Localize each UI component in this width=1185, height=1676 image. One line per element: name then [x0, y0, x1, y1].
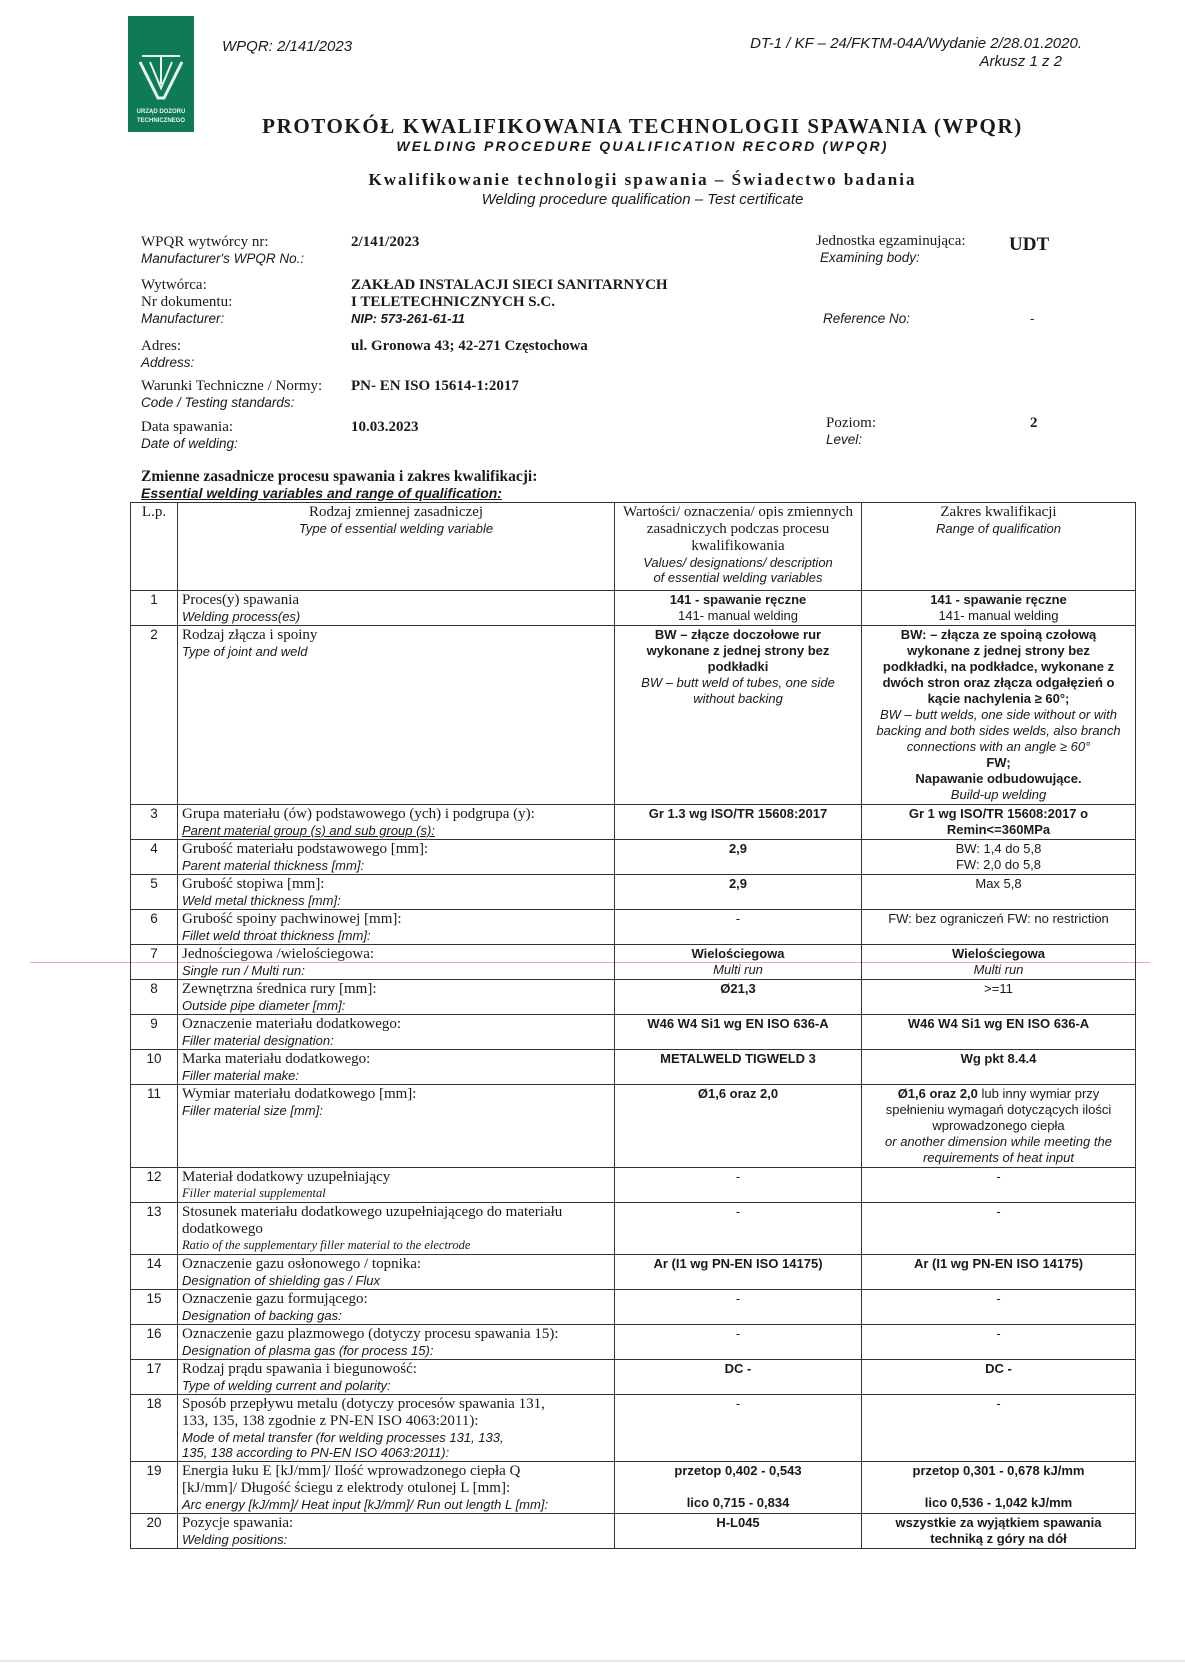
row-desc-pl: Jednościegowa /wielościegowa: — [182, 946, 610, 963]
row-number: 9 — [131, 1015, 178, 1050]
row-desc-pl: Grubość materiału podstawowego [mm]: — [182, 841, 610, 858]
manufacturer-label-en: Manufacturer: — [141, 311, 232, 327]
section-title-en: Essential welding variables and range of… — [141, 485, 502, 501]
row-range: Max 5,8 — [862, 875, 1136, 910]
row-number: 13 — [131, 1203, 178, 1255]
date-label-pl: Data spawania: — [141, 419, 238, 436]
value-line: BW – złącze doczołowe rur wykonane z jed… — [629, 627, 847, 675]
row-desc-en: Filler material make: — [182, 1068, 610, 1083]
title-sub-en: Welding procedure qualification – Test c… — [0, 191, 1185, 208]
row-range: - — [862, 1290, 1136, 1325]
header-type-en: Type of essential welding variable — [182, 521, 610, 536]
table-row: 10 Marka materiału dodatkowego:Filler ma… — [131, 1050, 1136, 1085]
row-description: Marka materiału dodatkowego:Filler mater… — [178, 1050, 615, 1085]
row-desc-pl: Oznaczenie gazu osłonowego / topnika: — [182, 1256, 610, 1273]
range-line: - — [866, 1396, 1131, 1412]
row-desc-en: Fillet weld throat thickness [mm]: — [182, 928, 610, 943]
row-desc-pl: Grupa materiału (ów) podstawowego (ych) … — [182, 806, 610, 823]
row-range: FW: bez ograniczeń FW: no restriction — [862, 910, 1136, 945]
value-line: Multi run — [619, 962, 857, 978]
reference-no-label: Reference No: — [823, 311, 910, 327]
range-line: - — [866, 1169, 1131, 1185]
row-number: 11 — [131, 1085, 178, 1168]
row-description: Grupa materiału (ów) podstawowego (ych) … — [178, 805, 615, 840]
value-line: - — [619, 1326, 857, 1342]
range-line: Wg pkt 8.4.4 — [866, 1051, 1131, 1067]
table-row: 13 Stosunek materiału dodatkowego uzupeł… — [131, 1203, 1136, 1255]
row-range: BW: 1,4 do 5,8FW: 2,0 do 5,8 — [862, 840, 1136, 875]
udt-emblem-icon — [136, 54, 186, 102]
row-number: 8 — [131, 980, 178, 1015]
address-label-en: Address: — [141, 355, 194, 371]
row-number: 14 — [131, 1255, 178, 1290]
value-line: - — [619, 1291, 857, 1307]
level-label-pl: Poziom: — [826, 415, 876, 432]
value-line: - — [619, 911, 857, 927]
row-desc-en: Welding process(es) — [182, 609, 610, 624]
row-number: 1 — [131, 591, 178, 626]
value-line: - — [619, 1169, 857, 1185]
row-number: 6 — [131, 910, 178, 945]
row-number: 12 — [131, 1168, 178, 1203]
row-value: W46 W4 Si1 wg EN ISO 636-A — [615, 1015, 862, 1050]
row-value: - — [615, 1168, 862, 1203]
row-desc-pl: Zewnętrzna średnica rury [mm]: — [182, 981, 610, 998]
range-line: przetop 0,301 - 0,678 kJ/mm — [866, 1463, 1131, 1479]
wpqr-reference: WPQR: 2/141/2023 — [222, 38, 352, 55]
examining-body-label: Jednostka egzaminująca: Examining body: — [816, 233, 966, 266]
row-range: WielościegowaMulti run — [862, 945, 1136, 980]
header-values-en-2: of essential welding variables — [619, 570, 857, 585]
range-line: Multi run — [866, 962, 1131, 978]
value-line: DC - — [619, 1361, 857, 1377]
row-desc-pl: Energia łuku E [kJ/mm]/ Ilość wprowadzon… — [182, 1463, 610, 1497]
row-range: Ø1,6 oraz 2,0 lub inny wymiar przy spełn… — [862, 1085, 1136, 1168]
row-desc-pl: Rodzaj prądu spawania i biegunowość: — [182, 1361, 610, 1378]
table-row: 8 Zewnętrzna średnica rury [mm]:Outside … — [131, 980, 1136, 1015]
table-row: 17 Rodzaj prądu spawania i biegunowość:T… — [131, 1360, 1136, 1395]
form-code: DT-1 / KF – 24/FKTM-04A/Wydanie 2/28.01.… — [750, 35, 1082, 71]
row-desc-pl: Oznaczenie materiału dodatkowego: — [182, 1016, 610, 1033]
header-range-en: Range of qualification — [866, 521, 1131, 536]
row-description: Rodzaj prądu spawania i biegunowość:Type… — [178, 1360, 615, 1395]
range-line: W46 W4 Si1 wg EN ISO 636-A — [866, 1016, 1131, 1032]
table-row: 12 Materiał dodatkowy uzupełniającyFille… — [131, 1168, 1136, 1203]
row-desc-en: Designation of plasma gas (for process 1… — [182, 1343, 610, 1358]
table-row: 18 Sposób przepływu metalu (dotyczy proc… — [131, 1395, 1136, 1462]
date-label: Data spawania: Date of welding: — [141, 419, 238, 452]
manufacturer-name-line1: ZAKŁAD INSTALACJI SIECI SANITARNYCH — [351, 277, 668, 294]
value-line: Gr 1.3 wg ISO/TR 15608:2017 — [619, 806, 857, 822]
row-desc-pl: Proces(y) spawania — [182, 592, 610, 609]
row-desc-en: Type of welding current and polarity: — [182, 1378, 610, 1393]
header-values-en-1: Values/ designations/ description — [619, 555, 857, 570]
row-range: W46 W4 Si1 wg EN ISO 636-A — [862, 1015, 1136, 1050]
manufacturer-nip: NIP: 573-261-61-11 — [351, 311, 668, 327]
standards-value: PN- EN ISO 15614-1:2017 — [351, 378, 519, 395]
range-line: or another dimension while meeting the r… — [876, 1134, 1121, 1166]
row-value: 2,9 — [615, 875, 862, 910]
row-number: 10 — [131, 1050, 178, 1085]
row-value: DC - — [615, 1360, 862, 1395]
table-header-row: L.p. Rodzaj zmiennej zasadniczej Type of… — [131, 503, 1136, 591]
row-value: - — [615, 910, 862, 945]
row-desc-en: Designation of shielding gas / Flux — [182, 1273, 610, 1288]
date-value: 10.03.2023 — [351, 419, 419, 436]
row-number: 2 — [131, 626, 178, 805]
table-row: 19 Energia łuku E [kJ/mm]/ Ilość wprowad… — [131, 1462, 1136, 1514]
header-values-pl: Wartości/ oznaczenia/ opis zmiennych zas… — [619, 504, 857, 555]
row-description: Grubość materiału podstawowego [mm]:Pare… — [178, 840, 615, 875]
examining-body-value: UDT — [1009, 234, 1049, 256]
row-description: Pozycje spawania:Welding positions: — [178, 1514, 615, 1549]
essential-variables-table: L.p. Rodzaj zmiennej zasadniczej Type of… — [130, 502, 1136, 1549]
range-line: Gr 1 wg ISO/TR 15608:2017 o Remin<=360MP… — [880, 806, 1117, 838]
table-row: 4 Grubość materiału podstawowego [mm]:Pa… — [131, 840, 1136, 875]
row-value: WielościegowaMulti run — [615, 945, 862, 980]
row-description: Proces(y) spawaniaWelding process(es) — [178, 591, 615, 626]
row-description: Sposób przepływu metalu (dotyczy procesó… — [178, 1395, 615, 1462]
row-range: Ar (I1 wg PN-EN ISO 14175) — [862, 1255, 1136, 1290]
title-sub-pl: Kwalifikowanie technologii spawania – Św… — [0, 170, 1185, 190]
range-line: BW – butt welds, one side without or wit… — [866, 707, 1131, 755]
header-lp-text: L.p. — [135, 504, 173, 521]
title-main-en: WELDING PROCEDURE QUALIFICATION RECORD (… — [0, 138, 1185, 154]
row-description: Grubość stopiwa [mm]:Weld metal thicknes… — [178, 875, 615, 910]
value-line: W46 W4 Si1 wg EN ISO 636-A — [619, 1016, 857, 1032]
value-line: Ar (I1 wg PN-EN ISO 14175) — [619, 1256, 857, 1272]
row-range: - — [862, 1168, 1136, 1203]
row-desc-en: Arc energy [kJ/mm]/ Heat input [kJ/mm]/ … — [182, 1497, 610, 1512]
row-description: Materiał dodatkowy uzupełniającyFiller m… — [178, 1168, 615, 1203]
range-line: wszystkie za wyjątkiem spawania techniką… — [876, 1515, 1121, 1547]
wpqr-no-label-en: Manufacturer's WPQR No.: — [141, 251, 304, 267]
wpqr-no-label: WPQR wytwórcy nr: Manufacturer's WPQR No… — [141, 234, 304, 267]
range-line: lico 0,536 - 1,042 kJ/mm — [866, 1495, 1131, 1511]
row-description: Rodzaj złącza i spoinyType of joint and … — [178, 626, 615, 805]
row-number: 3 — [131, 805, 178, 840]
row-value: - — [615, 1290, 862, 1325]
range-line: FW; — [866, 755, 1131, 771]
row-value: - — [615, 1325, 862, 1360]
value-line: lico 0,715 - 0,834 — [619, 1495, 857, 1511]
range-line: 141 - spawanie ręczne — [866, 592, 1131, 608]
value-line: BW – butt weld of tubes, one side withou… — [629, 675, 847, 707]
row-value: Ø1,6 oraz 2,0 — [615, 1085, 862, 1168]
range-line: BW: 1,4 do 5,8 — [866, 841, 1131, 857]
value-line: 141 - spawanie ręczne — [619, 592, 857, 608]
range-line: - — [866, 1326, 1131, 1342]
document-no-label-pl: Nr dokumentu: — [141, 294, 232, 311]
table-row: 15 Oznaczenie gazu formującego:Designati… — [131, 1290, 1136, 1325]
row-range: przetop 0,301 - 0,678 kJ/mmlico 0,536 - … — [862, 1462, 1136, 1514]
value-line: METALWELD TIGWELD 3 — [619, 1051, 857, 1067]
row-number: 18 — [131, 1395, 178, 1462]
row-range: wszystkie za wyjątkiem spawania techniką… — [862, 1514, 1136, 1549]
manufacturer-label: Wytwórca: Nr dokumentu: Manufacturer: — [141, 277, 232, 327]
table-row: 9 Oznaczenie materiału dodatkowego:Fille… — [131, 1015, 1136, 1050]
row-description: Oznaczenie gazu plazmowego (dotyczy proc… — [178, 1325, 615, 1360]
row-desc-en: Parent material group (s) and sub group … — [182, 823, 610, 838]
date-label-en: Date of welding: — [141, 436, 238, 452]
level-label: Poziom: Level: — [826, 415, 876, 448]
row-value: BW – złącze doczołowe rur wykonane z jed… — [615, 626, 862, 805]
row-number: 19 — [131, 1462, 178, 1514]
row-number: 5 — [131, 875, 178, 910]
value-line: H-L045 — [619, 1515, 857, 1531]
address-label-pl: Adres: — [141, 338, 194, 355]
row-value: Gr 1.3 wg ISO/TR 15608:2017 — [615, 805, 862, 840]
range-line: FW: bez ograniczeń FW: no restriction — [882, 911, 1115, 927]
row-range: - — [862, 1325, 1136, 1360]
table-row: 2 Rodzaj złącza i spoinyType of joint an… — [131, 626, 1136, 805]
level-value: 2 — [1030, 415, 1038, 432]
manufacturer-value: ZAKŁAD INSTALACJI SIECI SANITARNYCH I TE… — [351, 277, 668, 327]
range-line-bold: Ø1,6 oraz 2,0 — [898, 1086, 978, 1101]
header-range-pl: Zakres kwalifikacji — [866, 504, 1131, 521]
row-desc-pl: Marka materiału dodatkowego: — [182, 1051, 610, 1068]
title-main-pl: PROTOKÓŁ KWALIFIKOWANIA TECHNOLOGII SPAW… — [0, 114, 1185, 139]
value-line: - — [619, 1396, 857, 1412]
examining-body-label-en: Examining body: — [816, 250, 966, 266]
standards-label: Warunki Techniczne / Normy: Code / Testi… — [141, 378, 322, 411]
table-row: 14 Oznaczenie gazu osłonowego / topnika:… — [131, 1255, 1136, 1290]
level-label-en: Level: — [826, 432, 876, 448]
value-line: Ø1,6 oraz 2,0 — [619, 1086, 857, 1102]
row-desc-en: Type of joint and weld — [182, 644, 610, 659]
row-desc-pl: Oznaczenie gazu plazmowego (dotyczy proc… — [182, 1326, 610, 1343]
value-line: przetop 0,402 - 0,543 — [619, 1463, 857, 1479]
row-desc-pl: Rodzaj złącza i spoiny — [182, 627, 610, 644]
value-line: Wielościegowa — [619, 946, 857, 962]
range-line: Wielościegowa — [866, 946, 1131, 962]
row-range: 141 - spawanie ręczne141- manual welding — [862, 591, 1136, 626]
row-value: - — [615, 1203, 862, 1255]
range-line: BW: – złącza ze spoiną czołową wykonane … — [866, 627, 1131, 707]
header-type-pl: Rodzaj zmiennej zasadniczej — [182, 504, 610, 521]
row-value: H-L045 — [615, 1514, 862, 1549]
standards-label-en: Code / Testing standards: — [141, 395, 322, 411]
row-desc-en: Filler material supplemental — [182, 1186, 610, 1201]
row-desc-pl: Sposób przepływu metalu (dotyczy procesó… — [182, 1396, 610, 1430]
row-description: Energia łuku E [kJ/mm]/ Ilość wprowadzon… — [178, 1462, 615, 1514]
row-desc-pl: Grubość spoiny pachwinowej [mm]: — [182, 911, 610, 928]
value-line: 141- manual welding — [619, 608, 857, 624]
value-line: - — [619, 1204, 857, 1220]
row-desc-en: Designation of backing gas: — [182, 1308, 610, 1323]
row-desc-pl: Materiał dodatkowy uzupełniający — [182, 1169, 610, 1186]
row-number: 15 — [131, 1290, 178, 1325]
row-value: Ø21,3 — [615, 980, 862, 1015]
table-row: 20 Pozycje spawania:Welding positions: H… — [131, 1514, 1136, 1549]
header-values: Wartości/ oznaczenia/ opis zmiennych zas… — [615, 503, 862, 591]
row-range: >=11 — [862, 980, 1136, 1015]
range-line: Max 5,8 — [866, 876, 1131, 892]
row-range: - — [862, 1203, 1136, 1255]
row-value: - — [615, 1395, 862, 1462]
row-description: Stosunek materiału dodatkowego uzupełnia… — [178, 1203, 615, 1255]
row-number: 17 — [131, 1360, 178, 1395]
row-description: Oznaczenie gazu formującego:Designation … — [178, 1290, 615, 1325]
row-value: 2,9 — [615, 840, 862, 875]
manufacturer-label-pl: Wytwórca: — [141, 277, 232, 294]
row-description: Jednościegowa /wielościegowa:Single run … — [178, 945, 615, 980]
range-line: FW: 2,0 do 5,8 — [866, 857, 1131, 873]
row-range: Gr 1 wg ISO/TR 15608:2017 o Remin<=360MP… — [862, 805, 1136, 840]
row-range: - — [862, 1395, 1136, 1462]
value-line: Ø21,3 — [619, 981, 857, 997]
range-line: >=11 — [866, 981, 1131, 997]
address-value: ul. Gronowa 43; 42-271 Częstochowa — [351, 338, 588, 355]
row-desc-pl: Pozycje spawania: — [182, 1515, 610, 1532]
row-description: Oznaczenie gazu osłonowego / topnika:Des… — [178, 1255, 615, 1290]
row-number: 20 — [131, 1514, 178, 1549]
section-title-pl: Zmienne zasadnicze procesu spawania i za… — [141, 468, 537, 486]
range-line: Ar (I1 wg PN-EN ISO 14175) — [866, 1256, 1131, 1272]
header-range: Zakres kwalifikacji Range of qualificati… — [862, 503, 1136, 591]
range-line: Napawanie odbudowujące. — [866, 771, 1131, 787]
row-desc-pl: Grubość stopiwa [mm]: — [182, 876, 610, 893]
wpqr-no-label-pl: WPQR wytwórcy nr: — [141, 234, 304, 251]
row-description: Oznaczenie materiału dodatkowego:Filler … — [178, 1015, 615, 1050]
row-number: 4 — [131, 840, 178, 875]
row-range: DC - — [862, 1360, 1136, 1395]
table-row: 3 Grupa materiału (ów) podstawowego (ych… — [131, 805, 1136, 840]
row-description: Grubość spoiny pachwinowej [mm]:Fillet w… — [178, 910, 615, 945]
row-value: Ar (I1 wg PN-EN ISO 14175) — [615, 1255, 862, 1290]
range-line: - — [866, 1204, 1131, 1220]
examining-body-label-pl: Jednostka egzaminująca: — [816, 233, 966, 250]
range-line: DC - — [866, 1361, 1131, 1377]
row-desc-en: Single run / Multi run: — [182, 963, 610, 978]
manufacturer-name-line2: I TELETECHNICZNYCH S.C. — [351, 294, 668, 311]
row-desc-en: Weld metal thickness [mm]: — [182, 893, 610, 908]
standards-label-pl: Warunki Techniczne / Normy: — [141, 378, 322, 395]
address-label: Adres: Address: — [141, 338, 194, 371]
table-row: 6 Grubość spoiny pachwinowej [mm]:Fillet… — [131, 910, 1136, 945]
sheet-number: Arkusz 1 z 2 — [750, 53, 1082, 71]
range-line: Build-up welding — [866, 787, 1131, 803]
table-row: 1 Proces(y) spawaniaWelding process(es) … — [131, 591, 1136, 626]
wpqr-no-value: 2/141/2023 — [351, 234, 419, 251]
table-row: 11 Wymiar materiału dodatkowego [mm]:Fil… — [131, 1085, 1136, 1168]
table-row: 16 Oznaczenie gazu plazmowego (dotyczy p… — [131, 1325, 1136, 1360]
row-value: METALWELD TIGWELD 3 — [615, 1050, 862, 1085]
row-desc-en: Welding positions: — [182, 1532, 610, 1547]
row-desc-en: Outside pipe diameter [mm]: — [182, 998, 610, 1013]
row-value: przetop 0,402 - 0,543lico 0,715 - 0,834 — [615, 1462, 862, 1514]
value-line: 2,9 — [619, 876, 857, 892]
row-description: Zewnętrzna średnica rury [mm]:Outside pi… — [178, 980, 615, 1015]
range-line: 141- manual welding — [866, 608, 1131, 624]
table-row: 5 Grubość stopiwa [mm]:Weld metal thickn… — [131, 875, 1136, 910]
header-lp: L.p. — [131, 503, 178, 591]
page-bottom-edge — [0, 1660, 1185, 1662]
row-desc-pl: Wymiar materiału dodatkowego [mm]: — [182, 1086, 610, 1103]
row-desc-pl: Stosunek materiału dodatkowego uzupełnia… — [182, 1204, 610, 1238]
row-desc-pl: Oznaczenie gazu formującego: — [182, 1291, 610, 1308]
header-type: Rodzaj zmiennej zasadniczej Type of esse… — [178, 503, 615, 591]
row-range: Wg pkt 8.4.4 — [862, 1050, 1136, 1085]
row-desc-en: Mode of metal transfer (for welding proc… — [182, 1430, 610, 1460]
value-line: 2,9 — [619, 841, 857, 857]
row-desc-en: Ratio of the supplementary filler materi… — [182, 1238, 610, 1253]
row-desc-en: Parent material thickness [mm]: — [182, 858, 610, 873]
row-desc-en: Filler material size [mm]: — [182, 1103, 610, 1118]
table-row: 7 Jednościegowa /wielościegowa:Single ru… — [131, 945, 1136, 980]
reference-no-value: - — [1030, 311, 1034, 326]
row-range: BW: – złącza ze spoiną czołową wykonane … — [862, 626, 1136, 805]
row-desc-en: Filler material designation: — [182, 1033, 610, 1048]
row-value: 141 - spawanie ręczne141- manual welding — [615, 591, 862, 626]
range-line: - — [866, 1291, 1131, 1307]
row-number: 16 — [131, 1325, 178, 1360]
row-number: 7 — [131, 945, 178, 980]
row-description: Wymiar materiału dodatkowego [mm]:Filler… — [178, 1085, 615, 1168]
form-code-text: DT-1 / KF – 24/FKTM-04A/Wydanie 2/28.01.… — [750, 35, 1082, 53]
